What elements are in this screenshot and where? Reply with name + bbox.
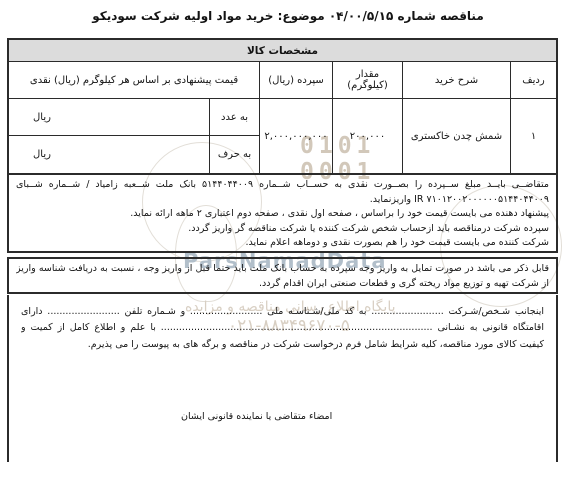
payment-id-notes-box: قابل ذکر می باشد در صورت تمایل به واریز … — [7, 257, 558, 294]
payment-notes-box: متقاضــی بایــد مبلغ ســپرده را بصــورت … — [7, 175, 558, 253]
header-quantity-line2: (کیلوگرم) — [347, 80, 388, 91]
declarant-address-line: اقامتگاه قانونی به نشـانی ..............… — [21, 320, 544, 336]
deposit-account-line: متقاضــی بایــد مبلغ ســپرده را بصــورت … — [16, 178, 549, 193]
payment-id-line2: از شرکت تهیه و توزیع مواد ریخته گری و قط… — [16, 277, 549, 292]
cell-quantity: ۲۰۰,۰۰۰ — [332, 99, 402, 173]
cell-row-number: ۱ — [510, 99, 556, 173]
cell-proposed-price: به عدد به حرف ریال ریال — [9, 99, 259, 173]
acceptance-line: کیفیت کالای مورد مناقصه، کلیه شرایط شامل… — [21, 337, 544, 353]
price-entry-labels: به عدد به حرف — [209, 99, 259, 173]
price-basis-line: پیشنهاد دهنده می بایست قیمت خود را براسا… — [16, 207, 549, 222]
header-proposed-price: قیمت پیشنهادی بر اساس هر کیلوگرم (ریال) … — [9, 62, 259, 98]
table-header-row: ردیف شرح خرید مقدار (کیلوگرم) سپرده (ریا… — [9, 62, 556, 99]
cell-deposit: ۲,۰۰۰,۰۰۰,۰۰۰ — [259, 99, 332, 173]
price-in-figures-field: ریال — [9, 99, 209, 136]
table-section-header: مشخصات کالا — [9, 40, 556, 62]
price-entry-fields: ریال ریال — [9, 99, 209, 173]
table-row: ۱ شمش چدن خاکستری ۲۰۰,۰۰۰ ۲,۰۰۰,۰۰۰,۰۰۰ … — [9, 99, 556, 173]
price-in-words-field: ریال — [9, 136, 209, 173]
price-announcement-line: شرکت کننده می بایست قیمت خود را هم بصورت… — [16, 236, 549, 251]
header-description: شرح خرید — [402, 62, 510, 98]
spec-table: مشخصات کالا ردیف شرح خرید مقدار (کیلوگرم… — [7, 38, 558, 175]
page-title: مناقصه شماره ۰۴/۰۰/۵/۱۵ موضوع: خرید مواد… — [0, 9, 576, 23]
declaration-box: اینجانب شـخص/شـرکت .....................… — [7, 295, 558, 462]
cell-description: شمش چدن خاکستری — [402, 99, 510, 173]
in-figures-label: به عدد — [210, 99, 259, 136]
tender-document-page: 0101 0001 ParsNamadData پایگاه اطلاع رسا… — [0, 0, 576, 483]
in-words-label: به حرف — [210, 136, 259, 173]
deposit-source-line: سپرده شرکت درمناقصه باید ازحساب شخص شرکت… — [16, 222, 549, 237]
header-row-number: ردیف — [510, 62, 556, 98]
payment-id-line1: قابل ذکر می باشد در صورت تمایل به واریز … — [16, 262, 549, 277]
signature-label: امضاء متقاضی یا نماینده قانونی ایشان — [181, 411, 332, 422]
currency-label: ریال — [33, 112, 51, 123]
currency-label: ریال — [33, 149, 51, 160]
header-quantity-line1: مقدار — [356, 69, 379, 80]
header-deposit: سپرده (ریال) — [259, 62, 332, 98]
iban-line: IR ۷۱۰۱۲۰۰۲۰۰۰۰۰۰۵۱۴۴۰۴۴۰۰۹ واریزنماید. — [16, 193, 549, 208]
header-quantity: مقدار (کیلوگرم) — [332, 62, 402, 98]
declarant-identity-line: اینجانب شـخص/شـرکت .....................… — [21, 304, 544, 320]
